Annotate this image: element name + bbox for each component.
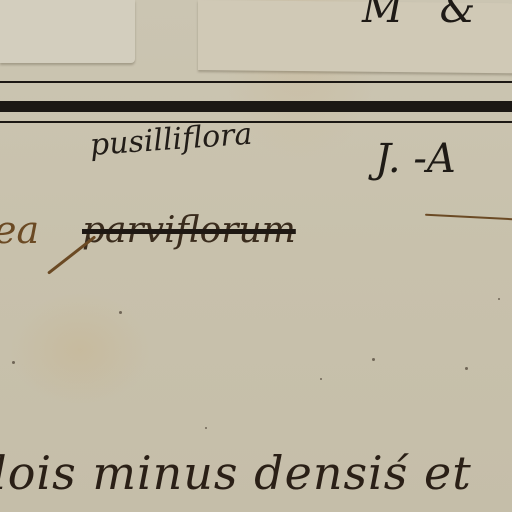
paper-speck	[205, 427, 207, 429]
printed-rule-thick	[0, 101, 512, 112]
pen-stroke-right	[425, 214, 512, 221]
paper-speck	[465, 367, 468, 370]
paper-speck	[498, 298, 500, 300]
paper-speck	[372, 358, 375, 361]
annotation-epithet: pusilliflora	[89, 117, 254, 163]
pen-stroke-descender	[47, 235, 96, 274]
paper-speck	[12, 361, 15, 364]
printed-rule-thin-bottom	[0, 121, 512, 123]
paper-speck	[320, 378, 322, 380]
description-line: lois minus densiś et	[0, 446, 472, 500]
manuscript-page: M & pusilliflora J. -A ea parviflorum lo…	[0, 0, 512, 512]
paper-speck	[119, 311, 122, 314]
paper-slip-left	[0, 0, 135, 63]
annotation-author: J. -A	[375, 136, 456, 182]
slip-label-text: M &	[362, 0, 487, 32]
printed-rule-thin-top	[0, 81, 512, 83]
genus-fragment: ea	[0, 208, 39, 252]
struck-epithet: parviflorum	[82, 210, 296, 251]
